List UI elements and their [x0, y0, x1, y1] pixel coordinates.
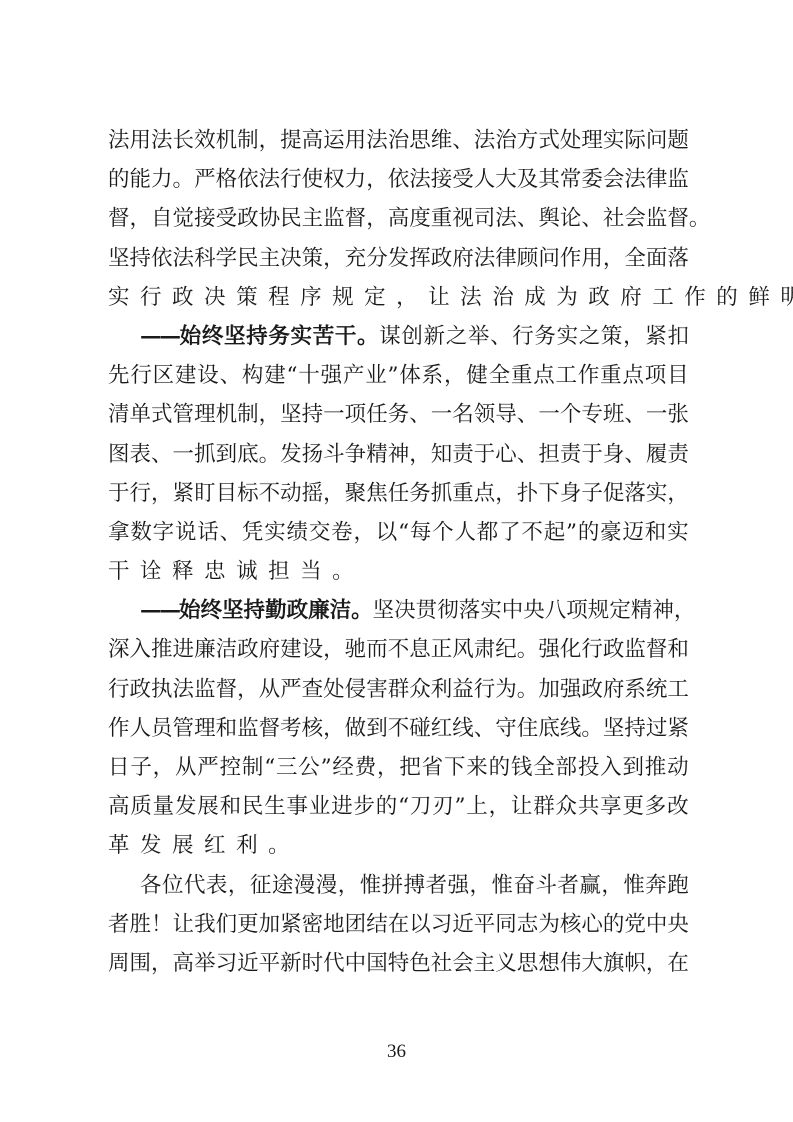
text-line: 坚持依法科学民主决策，充分发挥政府法律顾问作用，全面落 [108, 239, 689, 278]
document-body: 法用法长效机制，提高运用法治思维、法治方式处理实际问题 的能力。严格依法行使权力… [108, 121, 689, 983]
text-line: 行政执法监督，从严查处侵害群众利益行为。加强政府系统工 [108, 670, 689, 709]
page-number: 36 [0, 1041, 793, 1063]
em-dash: —— [140, 591, 179, 630]
text-line: 法用法长效机制，提高运用法治思维、法治方式处理实际问题 [108, 121, 689, 160]
text-line: 于行，紧盯目标不动摇，聚焦任务抓重点，扑下身子促落实， [108, 474, 689, 513]
text-line: ——始终坚持勤政廉洁。坚决贯彻落实中央八项规定精神， [108, 591, 689, 630]
text-line: 实行政决策程序规定，让法治成为政府工作的鲜明底色。 [108, 278, 689, 317]
text-line: 拿数字说话、凭实绩交卷，以“每个人都了不起”的豪迈和实 [108, 513, 689, 552]
text-line: 作人员管理和监督考核，做到不碰红线、守住底线。坚持过紧 [108, 709, 689, 748]
em-dash: —— [140, 317, 179, 356]
text-line: 者胜！让我们更加紧密地团结在以习近平同志为核心的党中央 [108, 905, 689, 944]
text-line: 日子，从严控制“三公”经费，把省下来的钱全部投入到推动 [108, 748, 689, 787]
text-line: 先行区建设、构建“十强产业”体系，健全重点工作重点项目 [108, 356, 689, 395]
text-line: 周围，高举习近平新时代中国特色社会主义思想伟大旗帜，在 [108, 944, 689, 983]
text-line: ——始终坚持务实苦干。谋创新之举、行务实之策，紧扣 [108, 317, 689, 356]
text-line: 干诠释忠诚担当。 [108, 552, 689, 591]
text-line: 各位代表，征途漫漫，惟拼搏者强，惟奋斗者赢，惟奔跑 [108, 866, 689, 905]
text-line: 深入推进廉洁政府建设，驰而不息正风肃纪。强化行政监督和 [108, 630, 689, 669]
text-line: 清单式管理机制，坚持一项任务、一名领导、一个专班、一张 [108, 395, 689, 434]
text-line: 革发展红利。 [108, 826, 689, 865]
text-line: 的能力。严格依法行使权力，依法接受人大及其常委会法律监 [108, 160, 689, 199]
text-line: 图表、一抓到底。发扬斗争精神，知责于心、担责于身、履责 [108, 435, 689, 474]
text-line: 督，自觉接受政协民主监督，高度重视司法、舆论、社会监督。 [108, 199, 689, 238]
text-line: 高质量发展和民生事业进步的“刀刃”上，让群众共享更多改 [108, 787, 689, 826]
